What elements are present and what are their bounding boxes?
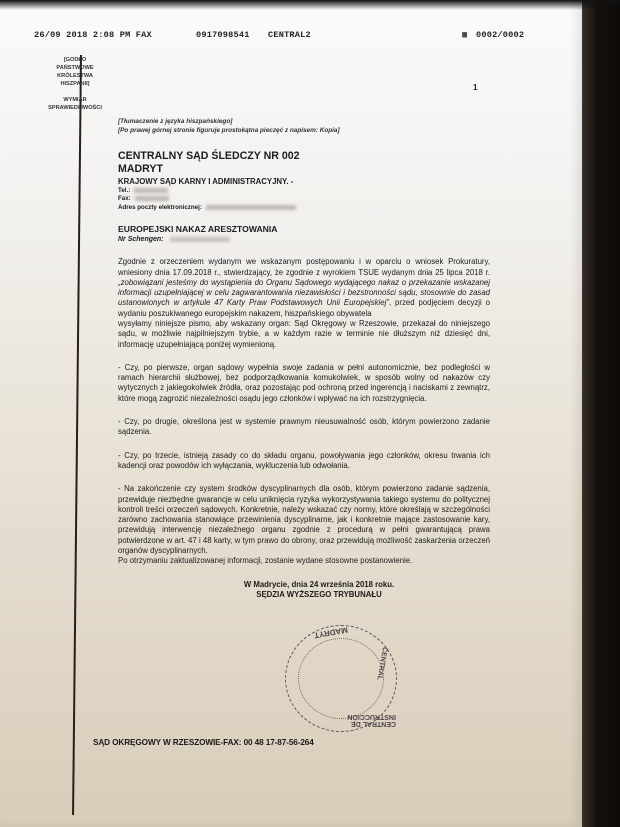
- fax-station: CENTRAL2: [268, 30, 311, 40]
- dept-line: SPRAWIEDLIWOŚCI: [40, 104, 110, 112]
- question-1: - Czy, po pierwsze, organ sądowy wypełni…: [118, 363, 490, 404]
- signature-title: SĘDZIA WYŻSZEGO TRYBUNAŁU: [148, 590, 490, 600]
- tel-line: Tel.:: [118, 187, 490, 195]
- footer-fax-line: SĄD OKRĘGOWY W RZESZOWIE-FAX: 00 48 17-8…: [93, 738, 314, 747]
- crest-line: HISZPANII]: [40, 80, 110, 88]
- page-number: 1: [473, 83, 477, 92]
- question-2: - Czy, po drugie, określona jest w syste…: [118, 417, 490, 438]
- fax-line: Fax:: [118, 195, 490, 203]
- stamp-bottom-text: CENTRAL DE INSTRUCCIÓN: [316, 713, 396, 727]
- warrant-title: EUROPEJSKI NAKAZ ARESZTOWANIA: [118, 224, 490, 235]
- question-4: - Na zakończenie czy system środków dysc…: [118, 484, 490, 556]
- redacted: [135, 196, 169, 201]
- background-surface: [582, 0, 620, 827]
- dept-line: WYMIAR: [40, 96, 110, 104]
- intro-paragraph: Zgodnie z orzeczeniem wydanym we wskazan…: [118, 257, 490, 319]
- closing-line: Po otrzymaniu zaktualizowanej informacji…: [118, 556, 490, 566]
- crest-line: KRÓLESTWA: [40, 72, 110, 80]
- redacted: [206, 205, 296, 210]
- margin-rule: [72, 55, 81, 815]
- court-name: CENTRALNY SĄD ŚLEDCZY NR 002: [118, 150, 490, 163]
- request-paragraph: wysyłamy niniejsze pismo, aby wskazany o…: [118, 319, 490, 350]
- question-3: - Czy, po trzecie, istnieją zasady co do…: [118, 451, 490, 472]
- crest-line: [GODŁO: [40, 56, 110, 64]
- fax-page: 26/09 2018 2:08 PM FAX 0917098541 CENTRA…: [0, 0, 582, 827]
- translation-note: [Tłumaczenie z języka hiszpańskiego]: [118, 118, 490, 127]
- fax-pages: 0002/0002: [476, 30, 524, 40]
- fax-page-icon: ▦: [462, 30, 467, 40]
- email-line: Adres poczty elektronicznej:: [118, 204, 490, 212]
- translation-note: [Po prawej górnej stronie figuruje prost…: [118, 127, 490, 136]
- crest-line: PAŃSTWOWE: [40, 64, 110, 72]
- court-stamp: MADRYT CENTRAL CENTRAL DE INSTRUCCIÓN: [285, 625, 397, 732]
- signature-block: W Madrycie, dnia 24 września 2018 roku. …: [148, 580, 490, 600]
- schengen-line: Nr Schengen:: [118, 235, 490, 244]
- redacted: [170, 237, 230, 242]
- document-body: [Tłumaczenie z języka hiszpańskiego] [Po…: [118, 118, 490, 600]
- signature-place-date: W Madrycie, dnia 24 września 2018 roku.: [148, 580, 490, 590]
- court-subtitle: KRAJOWY SĄD KARNY I ADMINISTRACYJNY. -: [118, 176, 490, 187]
- crest-block: [GODŁO PAŃSTWOWE KRÓLESTWA HISZPANII] WY…: [40, 56, 110, 112]
- fax-datetime: 26/09 2018 2:08 PM FAX: [34, 30, 152, 40]
- court-city: MADRYT: [118, 163, 490, 176]
- top-shadow: [0, 0, 620, 10]
- redacted: [134, 188, 168, 193]
- fax-number: 0917098541: [196, 30, 250, 40]
